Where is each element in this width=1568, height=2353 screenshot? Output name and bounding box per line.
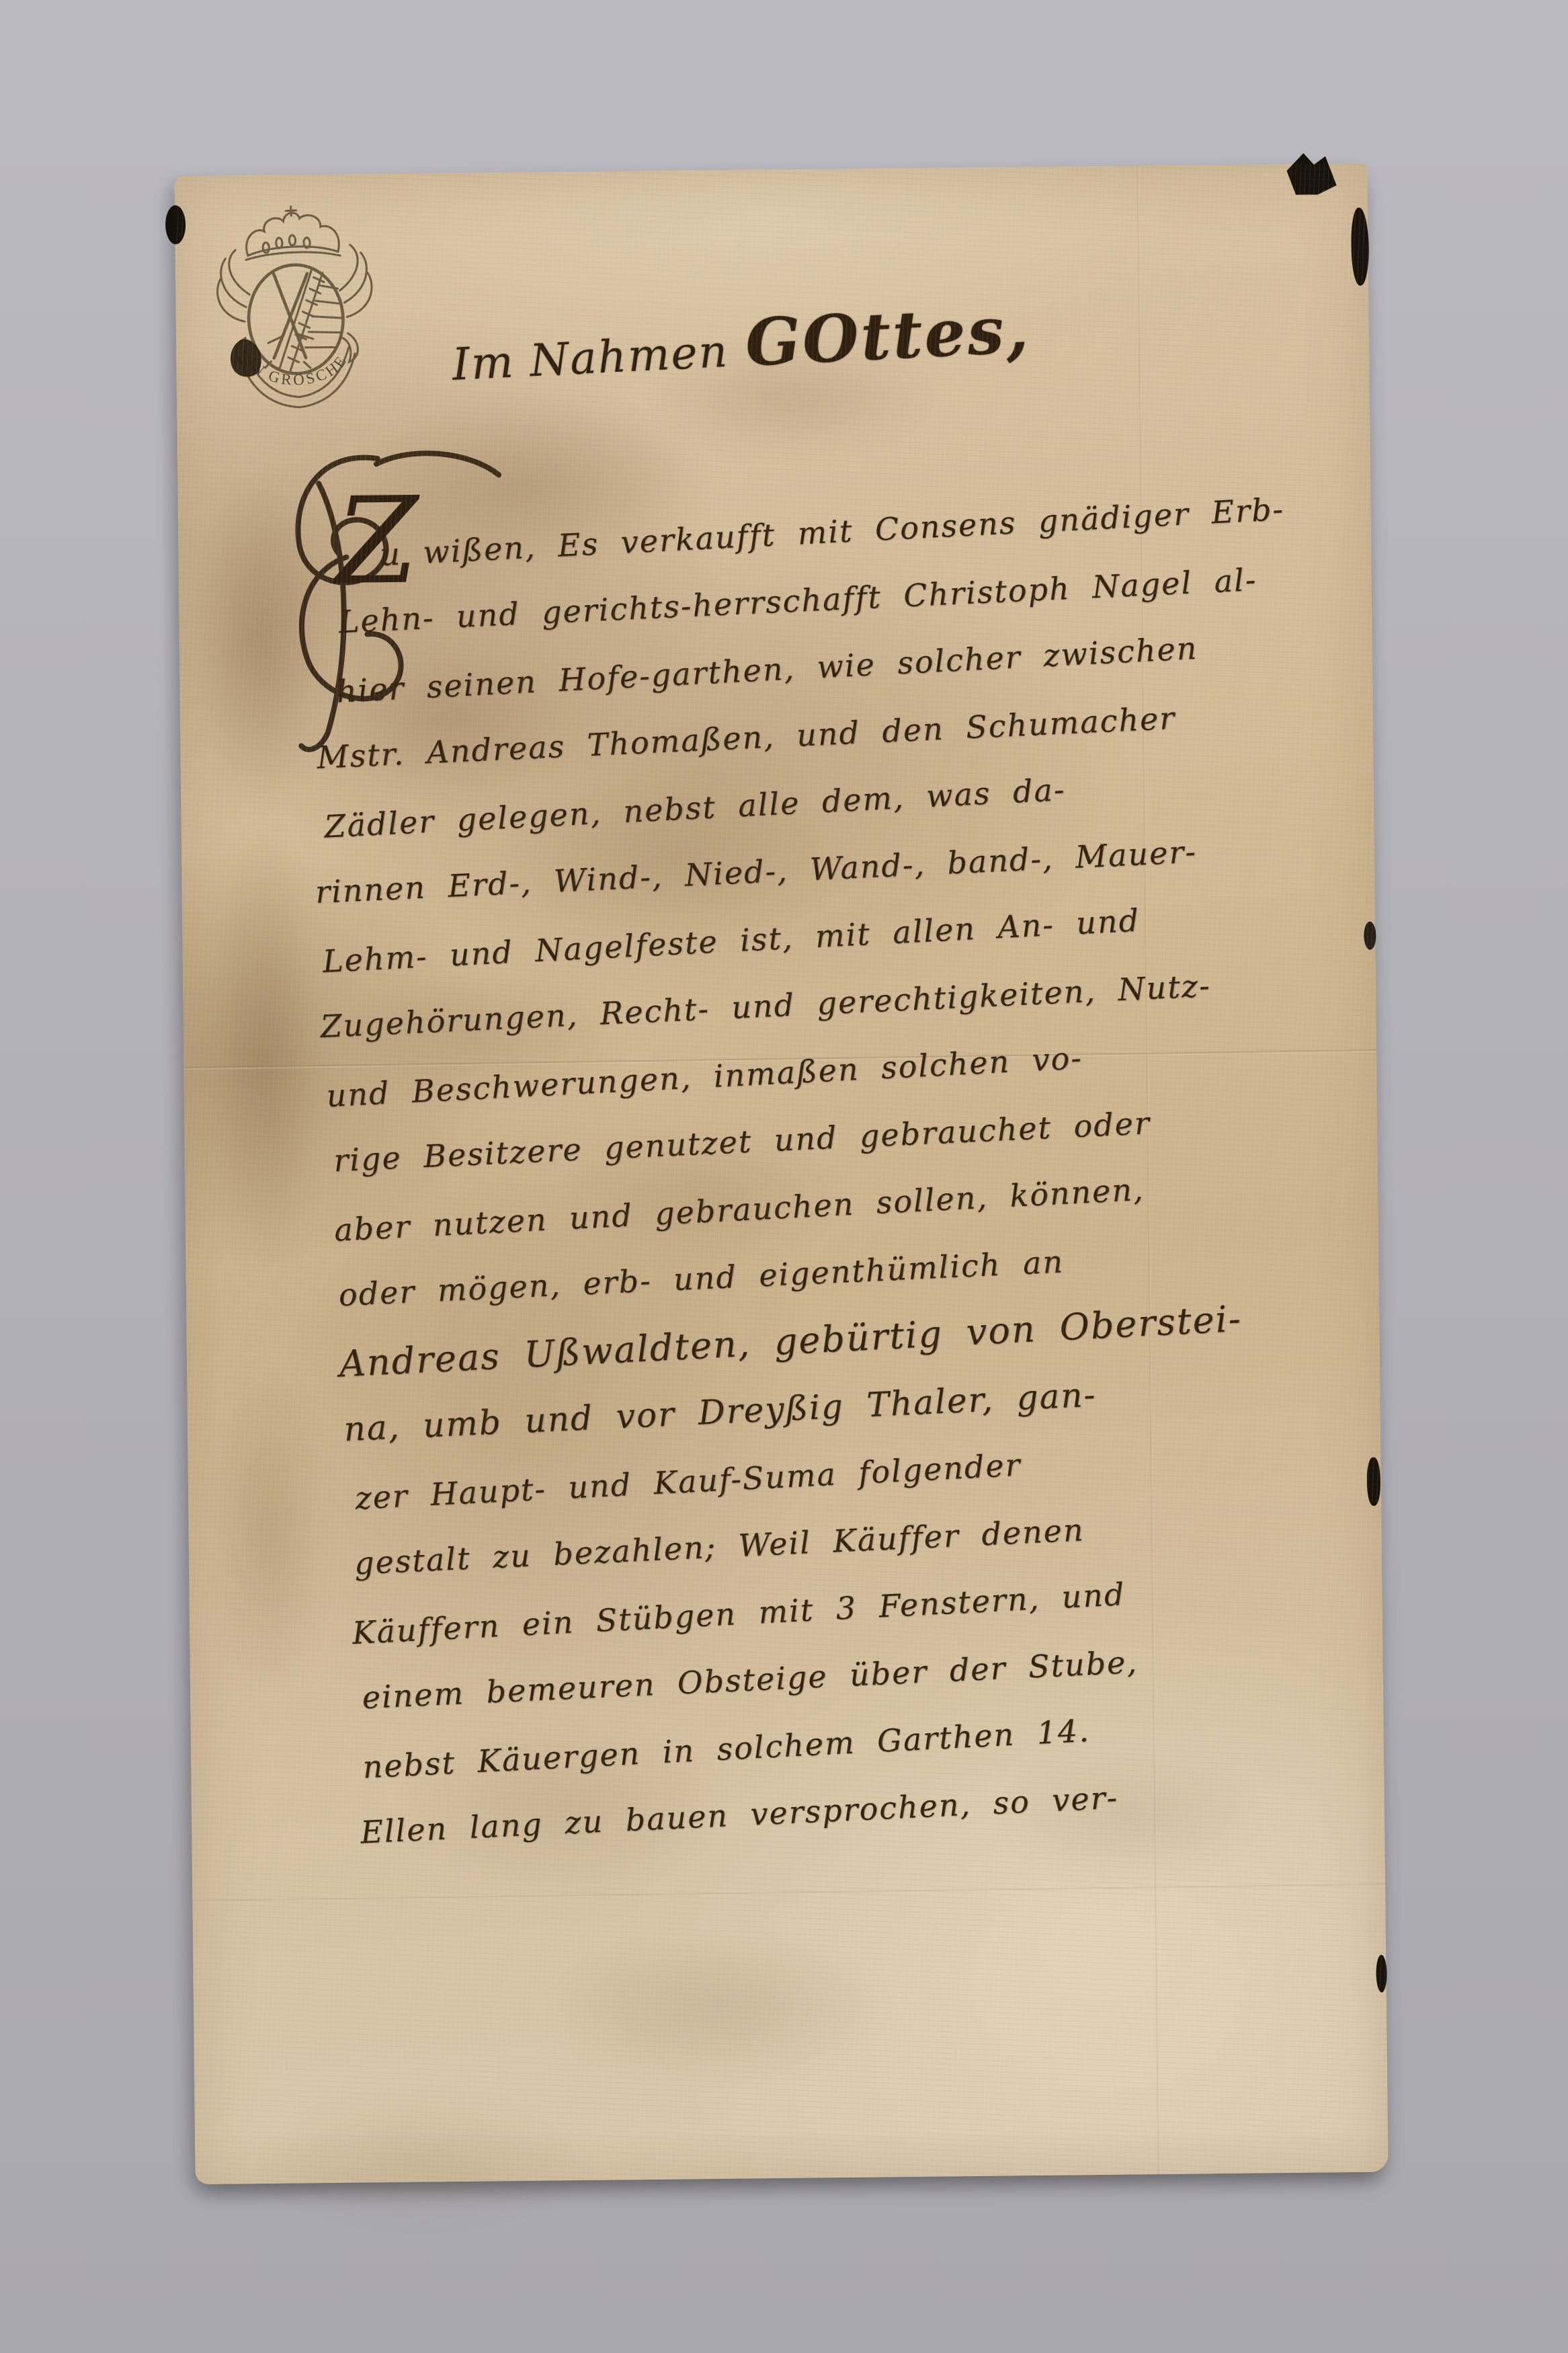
bleed-through-stain bbox=[205, 813, 325, 1298]
bleed-through-stain bbox=[248, 2087, 599, 2232]
manuscript-sheet: EIN GROSCHEN Im NahmenGOttes, Z bbox=[174, 163, 1388, 2184]
fold-crease bbox=[192, 1884, 1385, 1903]
heading-gottes: GOttes, bbox=[744, 291, 1032, 381]
photo-backdrop: EIN GROSCHEN Im NahmenGOttes, Z bbox=[0, 0, 1568, 2353]
torn-edge-mark bbox=[1376, 1955, 1387, 1993]
torn-edge-mark bbox=[1364, 922, 1376, 950]
heading-im-nahmen: Im Nahmen bbox=[451, 325, 730, 391]
manuscript-body: u wißen, Es verkaufft mit Consens gnädig… bbox=[292, 474, 1404, 1868]
revenue-stamp: EIN GROSCHEN bbox=[209, 200, 382, 413]
bleed-through-stain bbox=[204, 1357, 329, 1708]
coat-of-arms-icon: EIN GROSCHEN bbox=[209, 200, 382, 413]
bleed-through-stain bbox=[539, 1929, 897, 2088]
torn-edge-mark bbox=[1286, 153, 1337, 195]
torn-edge-mark bbox=[165, 205, 186, 244]
ink-blot bbox=[230, 338, 262, 377]
document-heading: Im NahmenGOttes, bbox=[450, 291, 1032, 395]
torn-edge-mark bbox=[1351, 208, 1369, 286]
